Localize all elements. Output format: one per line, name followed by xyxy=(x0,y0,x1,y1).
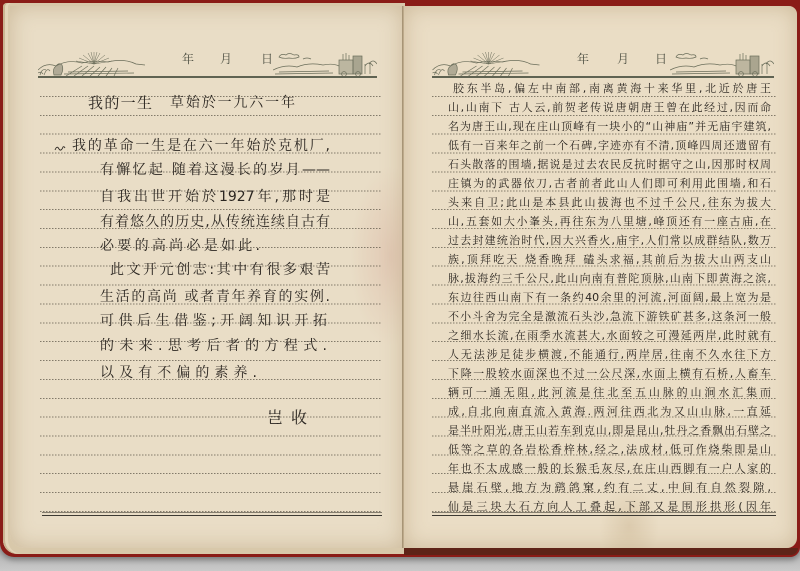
bottom-double-rule xyxy=(42,512,382,516)
tractor-landscape-icon xyxy=(273,50,377,77)
text-line: 自我出世开始於1927年,那时是 xyxy=(100,188,330,206)
text-line: 庄镇为的武器依刀,古者前者此山人们即可利用此围墙,和石 xyxy=(448,176,771,192)
text-line: 仙是三块大石方向人工叠起,下部又是围形拱形(因年 xyxy=(448,499,771,515)
text-line: 下降一股较水面深也不过一公尺深,水面上横有石桥,人畜车 xyxy=(448,366,771,382)
year-label: 年 xyxy=(182,52,194,66)
text-line: 胶东半岛,偏左中南部,南离黄海十来华里,北近於唐王 xyxy=(453,81,771,97)
diary-title: 我的一生 xyxy=(88,94,152,112)
cover-bottom-edge xyxy=(404,548,798,555)
text-line: 头来自卫;此山是本县此山拔海也不过千公尺,往东为拔大 xyxy=(448,195,771,211)
month-label: 月 xyxy=(220,52,232,66)
text-line: 是半叶阳光,唐王山若车到克山,即是昆山,牡丹之香飘出石壁之 xyxy=(448,423,771,439)
text-line: 有着悠久的历史,从传统连续自古有 xyxy=(100,213,330,231)
farm-landscape-icon xyxy=(432,50,540,77)
text-line: 年也不太成感一般的长猴毛灰尽,在庄山西脚有一户人家的 xyxy=(448,461,771,477)
text-line: 山,山南下 古人云,前贺老传说唐朝唐王曾在此经过,因而命 xyxy=(448,100,771,116)
text-line: 有懈忆起 随着这漫长的岁月—— xyxy=(100,161,330,179)
month-label: 月 xyxy=(617,52,629,66)
text-line: 成,自北向南直流入黄海.两河往西北为又山山脉,一直延 xyxy=(448,404,771,420)
day-label: 日 xyxy=(655,52,667,66)
text-line: 的未来.思考后者的方程式. xyxy=(100,337,327,355)
farm-landscape-icon xyxy=(38,50,145,77)
diary-subtitle: 草始於一九六一年 xyxy=(170,94,295,112)
text-line: 东边往西山南下有一条约40余里的河流,河面阔,最上宽为是 xyxy=(448,290,771,306)
text-line: 之细水长流,在雨季水流甚大,水面较之可漫延两岸,此时就有 xyxy=(448,328,771,344)
text-line: 以及有不偏的素养. xyxy=(100,364,257,382)
day-label: 日 xyxy=(261,52,273,66)
text-line: 低等之草的各岩松香梓林,经之,法成材,低可作烧柴即是山 xyxy=(448,442,771,458)
text-line: 脉,拔海约三千公尺,此山向南有普陀顶脉,山南下即黄海之滨, xyxy=(448,271,771,287)
tractor-landscape-icon xyxy=(670,50,774,77)
text-line: 我的革命一生是在六一年始於克机厂, xyxy=(72,137,330,155)
text-line: 山,五套如大小峯头,再往东为八里塘,峰顶还有一座古庙,在 xyxy=(448,214,771,230)
text-line: 辆可一通无阻,此河流是往北至五山脉的山涧水汇集而 xyxy=(448,385,771,401)
text-line: 低有一百来年之前一个石碑,字迹亦有不清,顶峰四周还遗留有 xyxy=(448,138,771,154)
text-line: 名为唐王山,现在庄山顶峰有一块小的“山神庙”并无庙宇建筑, xyxy=(448,119,771,135)
year-label: 年 xyxy=(577,52,589,66)
text-line: 不小斗舍为完全是激流石头沙,急流下游铁矿甚多,这条河一般 xyxy=(448,309,771,325)
text-line: 石头散落的围墙,据说是过去农民反抗时据守之山,因那时权周 xyxy=(448,157,771,173)
notebook-photo: 年 月 日 我的一生 草始於一九六一年 我的革命一生是在六一年始於克机厂, 有懈… xyxy=(0,0,800,571)
text-line: 族,顶拜吃天 烧香晚拜 磕头求福,其前后为拔大山两支山 xyxy=(448,252,771,268)
text-line: 生活的高尚 或者青年养育的实例. xyxy=(100,288,330,306)
ink-mark-icon xyxy=(54,144,66,153)
header-rule xyxy=(38,76,377,78)
header-rule xyxy=(432,76,774,78)
text-line: 必要的高尚必是如此. xyxy=(100,237,260,255)
text-line: 可供后生借鉴;开阔知识开拓 xyxy=(100,312,327,330)
text-line: 悬崖石壁,地方为鹞鸽窠,约有二丈,中间有自然裂隙, xyxy=(448,480,771,496)
text-line: 此文开元创志:其中有很多艰苦 xyxy=(110,261,330,279)
text-line: 过去封建统治时代,因大兴香火,庙宇,人们常以成群结队,数万 xyxy=(448,233,771,249)
text-line: 人无法涉足徒步横渡,不能通行,两岸居,往南不久水往下方 xyxy=(448,347,771,363)
signature: 岂收 xyxy=(267,409,307,427)
